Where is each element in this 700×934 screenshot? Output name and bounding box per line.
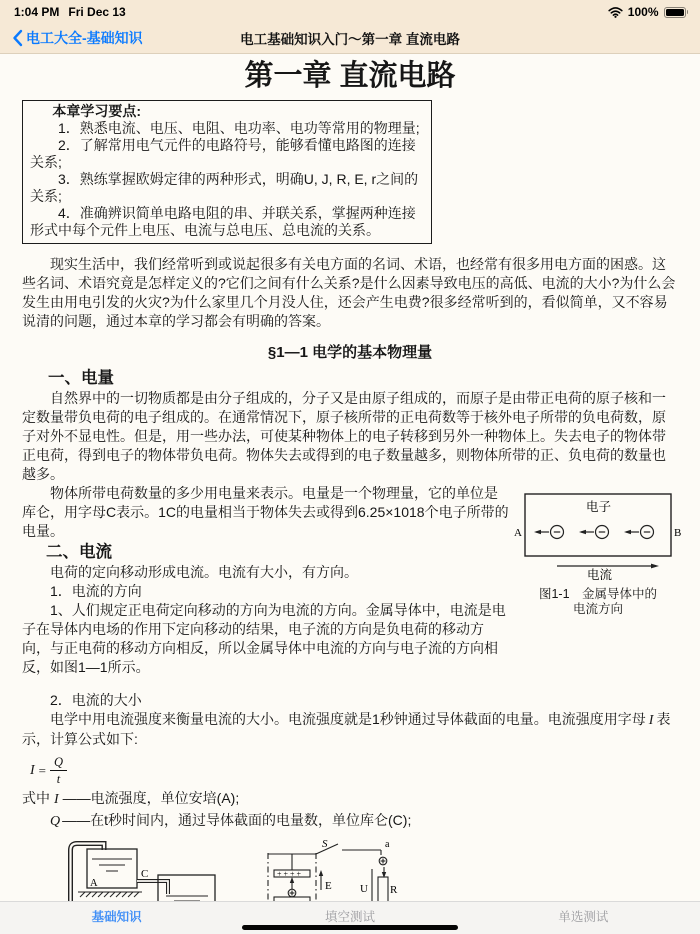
emf-e-label: E (325, 880, 332, 892)
circuit-figure: + + + + — — — S a E U R (266, 837, 398, 901)
tank-a-label: A (90, 878, 98, 889)
node-a-label: a (385, 839, 390, 850)
document-scroll-area[interactable]: 第一章 直流电路 本章学习要点: 1．熟悉电流、电压、电阻、电功率、电功等常用的… (0, 55, 700, 901)
formula-equals: = (39, 761, 46, 780)
wifi-icon (608, 6, 623, 18)
figure-terminal-b-label: B (674, 527, 681, 539)
page-title: 电工基础知识入门～第一章 直流电路 (240, 28, 460, 48)
status-time: 1:04 PM (14, 5, 59, 19)
study-box-item: 1．熟悉电流、电压、电阻、电功率、电功等常用的物理量; (30, 120, 424, 137)
water-tank-analogy-figure: A C (62, 837, 220, 901)
study-box-heading: 本章学习要点: (30, 103, 424, 120)
formula-I-equals-Q-over-t: I = Q t (30, 755, 678, 786)
battery-icon (664, 7, 689, 18)
back-button[interactable]: 电工大全-基础知识 (12, 28, 143, 48)
tab-basic-knowledge[interactable]: 基础知识 (0, 907, 233, 934)
study-box-item: 4．准确辨识简单电路电阻的串、并联关系，掌握两种连接形式中每个元件上电压、电流与… (30, 205, 424, 239)
where-line-charge: Q——在t秒时间内，通过导体截面的电量数，单位库仑(C); (50, 810, 678, 832)
intro-paragraph: 现实生活中，我们经常听到或说起很多有关电方面的名词、术语，也经常有很多用电方面的… (22, 255, 678, 331)
tab-multiple-choice-test[interactable]: 单选测试 (467, 907, 700, 934)
switch-s-label: S (322, 838, 328, 850)
tab-bar: 基础知识 填空测试 单选测试 (0, 901, 700, 934)
charge-paragraph-1: 自然界中的一切物质都是由分子组成的，分子又是由原子组成的，而原子是由带正电荷的原… (22, 389, 678, 484)
current-magnitude-paragraph: 电学中用电流强度来衡量电流的大小。电流强度就是1秒钟通过导体截面的电量。电流强度… (22, 710, 678, 749)
formula-lhs: I (30, 761, 35, 780)
symbol-I: I (649, 713, 654, 728)
charge-paragraph-2: 物体所带电荷数量的多少用电量来表示。电量是一个物理量，它的单位是库仑，用字母C表… (22, 484, 510, 541)
symbol-Q: Q (50, 814, 60, 829)
current-intro-line: 电荷的定向移动形成电流。电流有大小，有方向。 (22, 563, 510, 582)
study-points-box: 本章学习要点: 1．熟悉电流、电压、电阻、电功率、电功等常用的物理量; 2．了解… (22, 100, 432, 244)
chapter-title: 第一章 直流电路 (22, 67, 678, 86)
where-line-current: 式中I——电流强度，单位安培(A); (22, 788, 678, 810)
status-date: Fri Dec 13 (68, 5, 125, 19)
current-magnitude-item: 2．电流的大小 (22, 691, 678, 710)
formula-numerator: Q (50, 755, 67, 771)
figure-current-label: 电流 (587, 567, 613, 580)
section-heading: §1—1 电学的基本物理量 (22, 343, 678, 362)
app-screen: 1:04 PM Fri Dec 13 100% 电工大全-基础知识 电工基础 (0, 0, 700, 934)
current-direction-paragraph: 1、人们规定正电荷定向移动的方向为电流的方向。金属导体中，电流是电子在导体内电场… (22, 601, 510, 677)
figure-1-1: A 电子 B 电流 (510, 484, 686, 617)
electron-symbols (534, 526, 654, 539)
back-button-label: 电工大全-基础知识 (26, 28, 143, 48)
bottom-figures-row: A C (62, 837, 678, 901)
figure-electron-label: 电子 (586, 499, 611, 514)
figure-terminal-a-label: A (514, 527, 522, 539)
subsection-heading-current: 二、电流 (46, 543, 510, 562)
battery-percent: 100% (628, 5, 659, 19)
figure-text-wrap: 物体所带电荷数量的多少用电量来表示。电量是一个物理量，它的单位是库仑，用字母C表… (22, 484, 678, 677)
symbol-I: I (54, 792, 59, 807)
positive-plate-label: + + + + (277, 870, 302, 879)
chevron-left-icon (12, 29, 23, 47)
current-direction-item: 1．电流的方向 (22, 582, 510, 601)
voltage-u-label: U (360, 883, 368, 895)
study-box-item: 3．熟练掌握欧姆定律的两种形式，明确U, J, R, E, r之间的关系; (30, 171, 424, 205)
figure-1-1-drawing: A 电子 B 电流 (512, 484, 684, 580)
pipe-c-label: C (141, 868, 148, 880)
status-bar: 1:04 PM Fri Dec 13 100% (0, 0, 700, 22)
status-indicators: 100% (608, 5, 688, 19)
formula-denominator: t (57, 771, 60, 786)
study-box-item: 2．了解常用电气元件的电路符号，能够看懂电路图的连接关系; (30, 137, 424, 171)
status-time-date: 1:04 PM Fri Dec 13 (14, 5, 126, 19)
home-indicator[interactable] (242, 925, 458, 930)
figure-1-1-caption: 图1-1 金属导体中的 电流方向 (510, 587, 686, 617)
formula-fraction: Q t (50, 755, 67, 786)
nav-bar: 电工大全-基础知识 电工基础知识入门～第一章 直流电路 (0, 22, 700, 54)
subsection-heading-charge: 一、电量 (48, 369, 678, 388)
resistor-r-label: R (390, 884, 398, 896)
ground-hatching (78, 892, 142, 897)
